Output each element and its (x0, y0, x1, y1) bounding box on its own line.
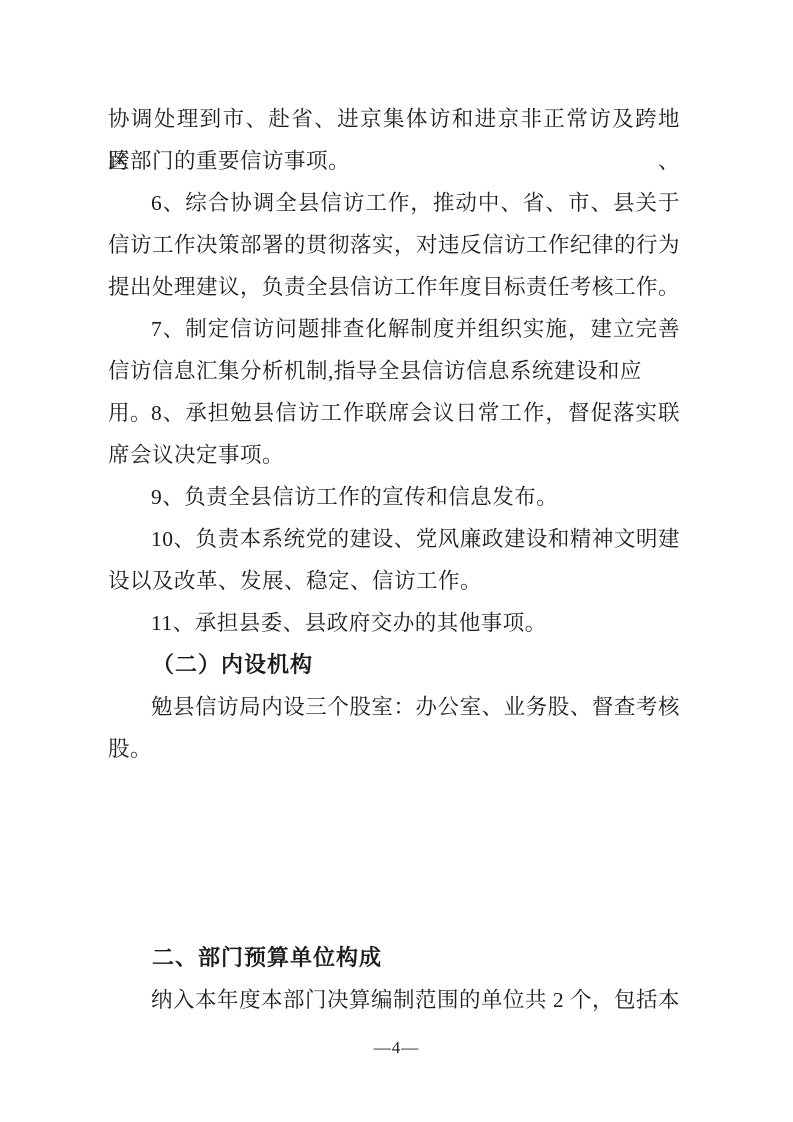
heading-budget-unit-composition: 二、部门预算单位构成 (108, 937, 680, 979)
heading-internal-organs: （二）内设机构 (108, 644, 680, 686)
body-line-item-9: 9、负责全县信访工作的宣传和信息发布。 (108, 476, 680, 518)
document-body: 协调处理到市、赴省、进京集体访和进京非正常访及跨地区、 跨部门的重要信访事项。 … (108, 98, 680, 1021)
body-line: 股。 (108, 728, 680, 770)
body-line-item-11: 11、承担县委、县政府交办的其他事项。 (108, 602, 680, 644)
body-line: 协调处理到市、赴省、进京集体访和进京非正常访及跨地区、 (108, 98, 680, 140)
body-line: 席会议决定事项。 (108, 434, 680, 476)
body-line-item-6: 6、综合协调全县信访工作，推动中、省、市、县关于 (108, 182, 680, 224)
document-page: 协调处理到市、赴省、进京集体访和进京非正常访及跨地区、 跨部门的重要信访事项。 … (0, 0, 793, 1122)
body-line: 提出处理建议，负责全县信访工作年度目标责任考核工作。 (108, 266, 680, 308)
body-line-item-10: 10、负责本系统党的建设、党风廉政建设和精神文明建 (108, 518, 680, 560)
body-line: 纳入本年度本部门决算编制范围的单位共 2 个，包括本 (108, 979, 680, 1021)
page-number: —4— (0, 1036, 793, 1060)
body-line-item-7: 7、制定信访问题排查化解制度并组织实施，建立完善 (108, 308, 680, 350)
body-line: 勉县信访局内设三个股室：办公室、业务股、督查考核 (108, 686, 680, 728)
body-line-item-8: 8、承担勉县信访工作联席会议日常工作，督促落实联 (108, 392, 680, 434)
body-line: 设以及改革、发展、稳定、信访工作。 (108, 560, 680, 602)
body-line: 信访工作决策部署的贯彻落实，对违反信访工作纪律的行为 (108, 224, 680, 266)
body-line: 信访信息汇集分析机制,指导全县信访信息系统建设和应用。 (108, 350, 680, 392)
